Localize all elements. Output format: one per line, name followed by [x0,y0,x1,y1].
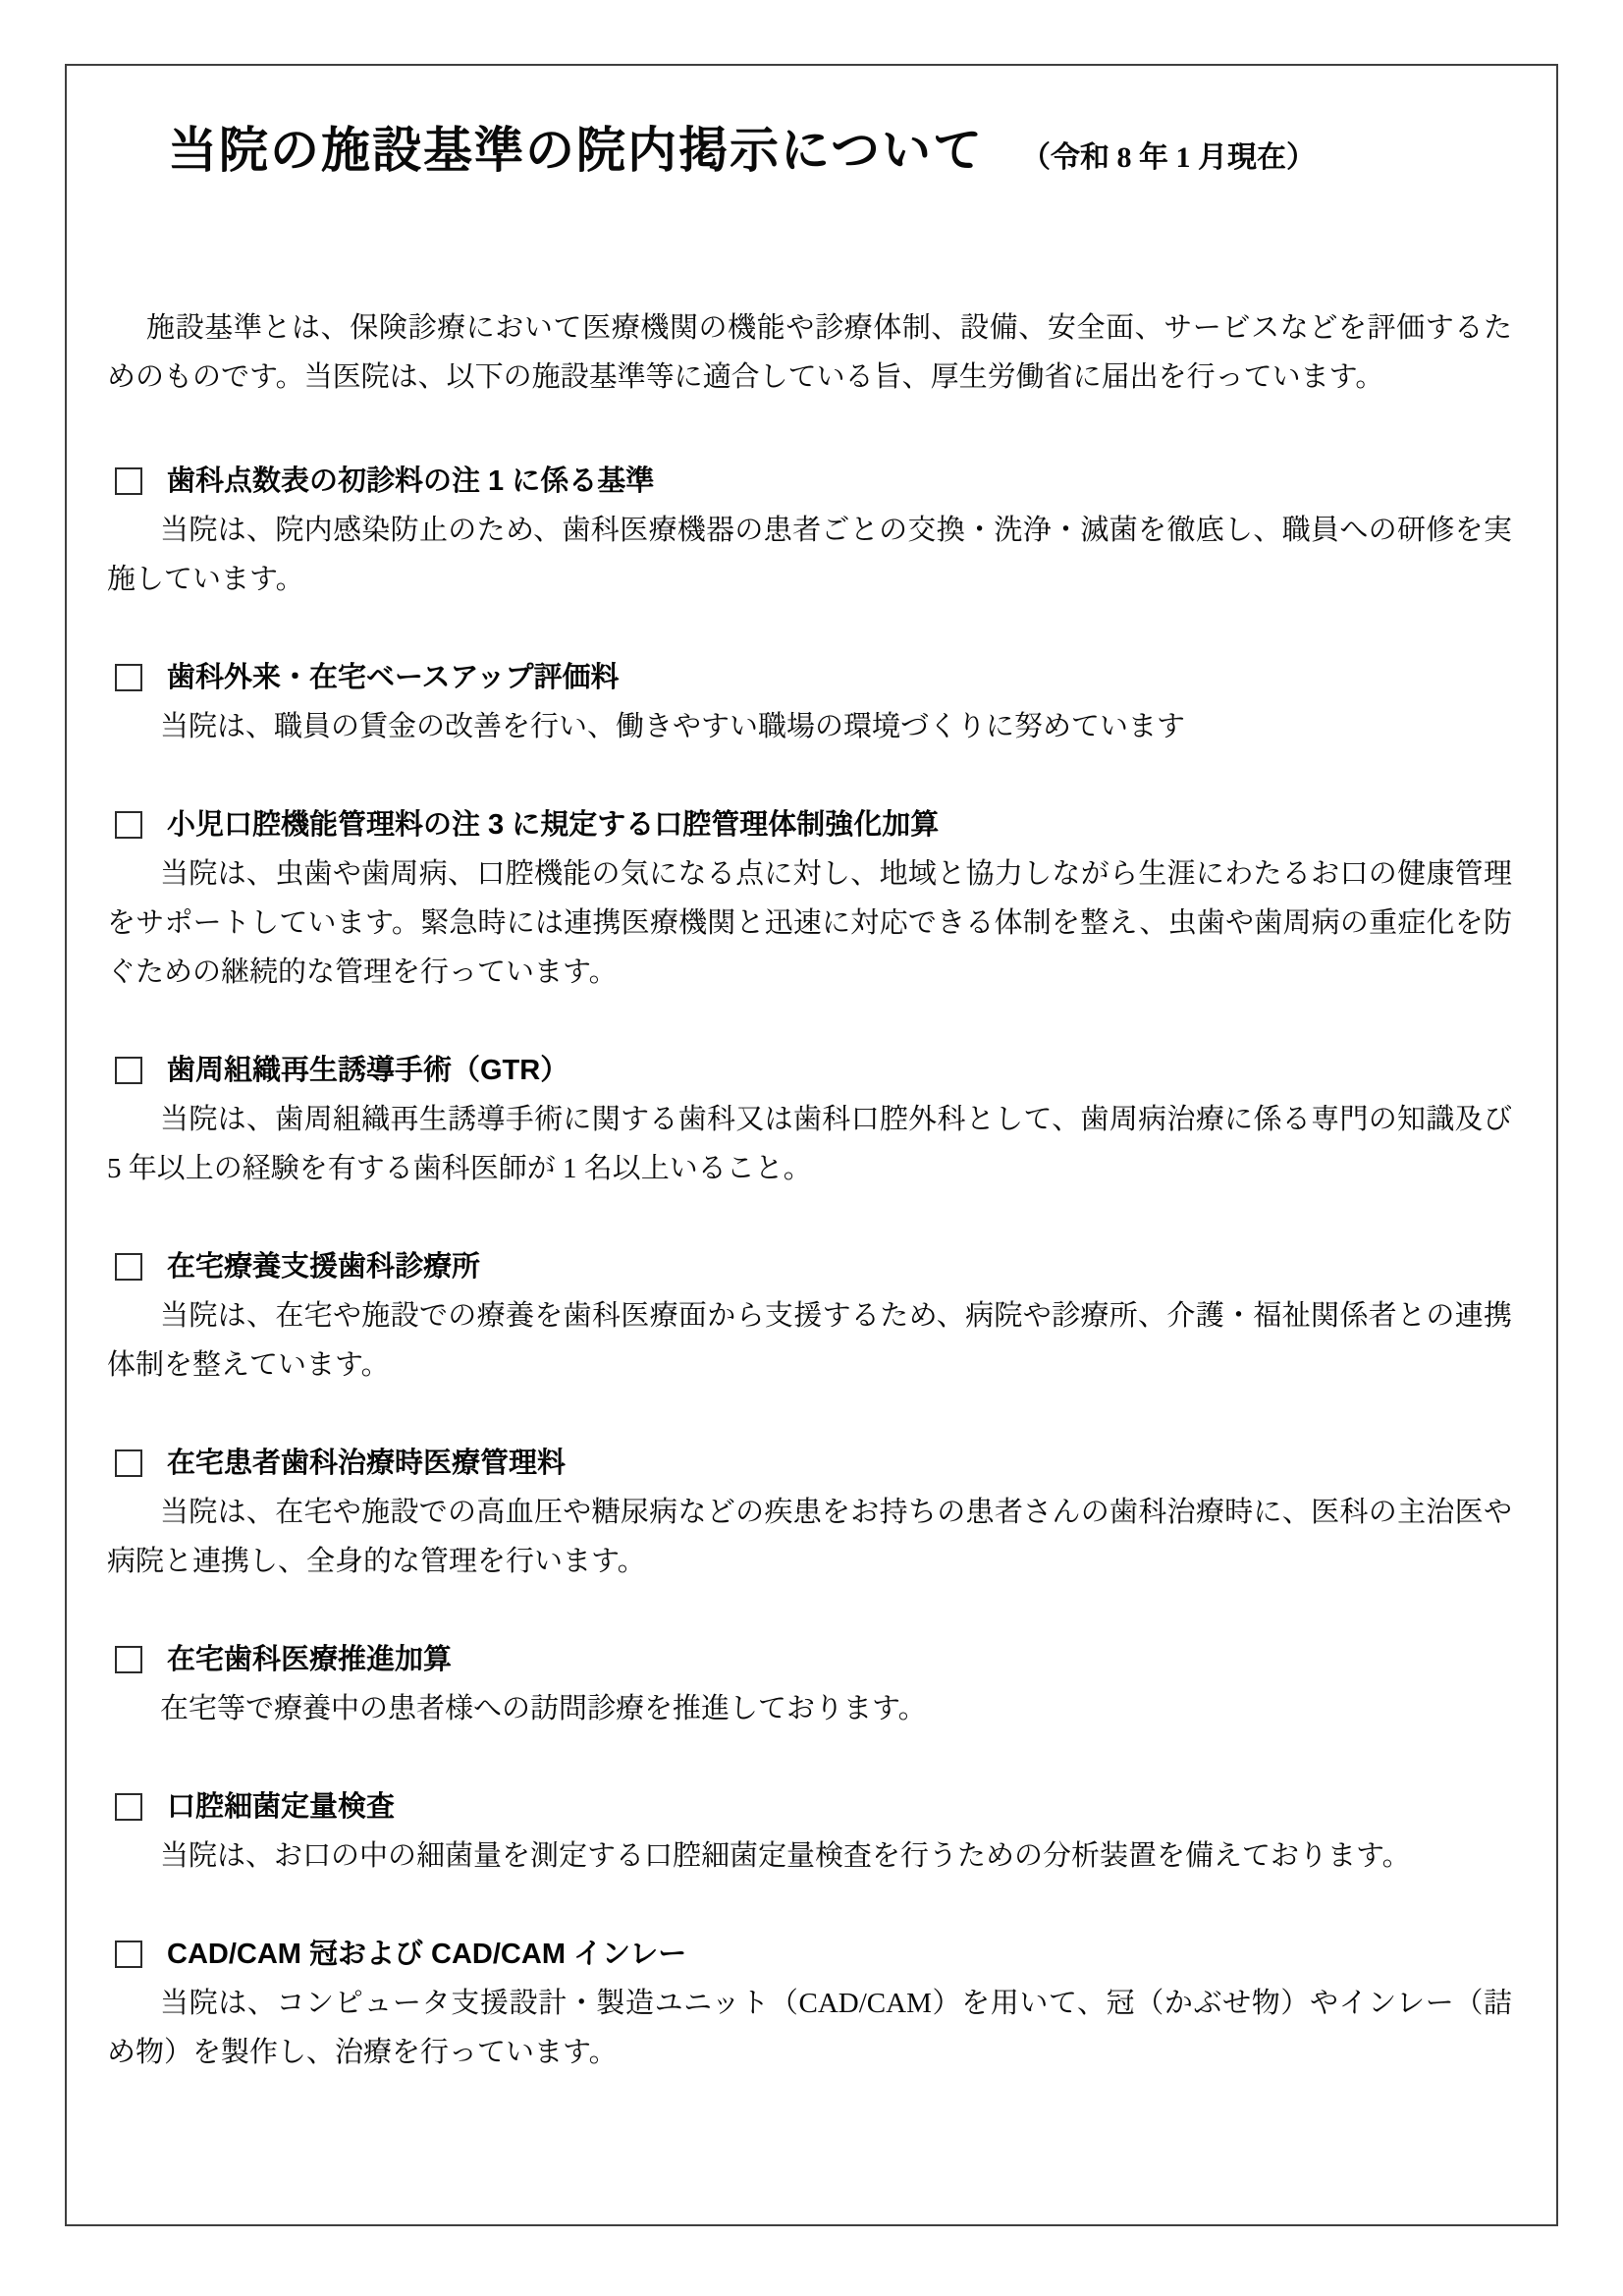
checkbox-icon [115,467,142,495]
section-heading-row: 歯周組織再生誘導手術（GTR） [107,1046,1512,1095]
section-heading: 小児口腔機能管理料の注 3 に規定する口腔管理体制強化加算 [167,800,939,849]
section-body: 在宅等で療養中の患者様への訪問診療を推進しております。 [107,1684,1512,1733]
checkbox-icon [115,1793,142,1821]
section-heading: 歯周組織再生誘導手術（GTR） [167,1046,568,1095]
document-page: 当院の施設基準の院内掲示について（令和 8 年 1 月現在） 施設基準とは、保険… [65,64,1558,2226]
section-heading-row: 在宅患者歯科治療時医療管理料 [107,1439,1512,1488]
section-heading-row: 小児口腔機能管理料の注 3 に規定する口腔管理体制強化加算 [107,800,1512,849]
facility-standards-list: 歯科点数表の初診料の注 1 に係る基準 当院は、院内感染防止のため、歯科医療機器… [107,457,1512,2077]
facility-standard-section: 口腔細菌定量検査 当院は、お口の中の細菌量を測定する口腔細菌定量検査を行うための… [107,1782,1512,1881]
section-heading: 在宅歯科医療推進加算 [167,1635,452,1684]
section-heading: CAD/CAM 冠および CAD/CAM インレー [167,1930,686,1979]
section-heading: 歯科点数表の初診料の注 1 に係る基準 [167,457,654,506]
facility-standard-section: 在宅歯科医療推進加算 在宅等で療養中の患者様への訪問診療を推進しております。 [107,1635,1512,1733]
page-title: 当院の施設基準の院内掲示について [168,123,984,178]
facility-standard-section: 歯科外来・在宅ベースアップ評価料 当院は、職員の賃金の改善を行い、働きやすい職場… [107,653,1512,751]
section-heading-row: 歯科外来・在宅ベースアップ評価料 [107,653,1512,702]
title-row: 当院の施設基準の院内掲示について（令和 8 年 1 月現在） [168,121,1512,180]
section-heading: 在宅療養支援歯科診療所 [167,1242,480,1291]
section-heading-row: 在宅歯科医療推進加算 [107,1635,1512,1684]
section-body: 当院は、在宅や施設での療養を歯科医療面から支援するため、病院や診療所、介護・福祉… [107,1291,1512,1390]
section-body: 当院は、職員の賃金の改善を行い、働きやすい職場の環境づくりに努めています [107,702,1512,751]
section-heading-row: CAD/CAM 冠および CAD/CAM インレー [107,1930,1512,1979]
checkbox-icon [115,1941,142,1968]
facility-standard-section: CAD/CAM 冠および CAD/CAM インレー 当院は、コンピュータ支援設計… [107,1930,1512,2077]
section-body: 当院は、コンピュータ支援設計・製造ユニット（CAD/CAM）を用いて、冠（かぶせ… [107,1979,1512,2077]
facility-standard-section: 歯科点数表の初診料の注 1 に係る基準 当院は、院内感染防止のため、歯科医療機器… [107,457,1512,604]
section-body: 当院は、歯周組織再生誘導手術に関する歯科又は歯科口腔外科として、歯周病治療に係る… [107,1095,1512,1193]
section-heading-row: 歯科点数表の初診料の注 1 に係る基準 [107,457,1512,506]
checkbox-icon [115,1449,142,1477]
checkbox-icon [115,1253,142,1281]
facility-standard-section: 在宅療養支援歯科診療所 当院は、在宅や施設での療養を歯科医療面から支援するため、… [107,1242,1512,1390]
section-heading-row: 口腔細菌定量検査 [107,1782,1512,1831]
checkbox-icon [115,664,142,691]
checkbox-icon [115,1057,142,1084]
section-body: 当院は、虫歯や歯周病、口腔機能の気になる点に対し、地域と協力しながら生涯にわたる… [107,849,1512,997]
section-body: 当院は、在宅や施設での高血圧や糖尿病などの疾患をお持ちの患者さんの歯科治療時に、… [107,1488,1512,1586]
section-heading-row: 在宅療養支援歯科診療所 [107,1242,1512,1291]
checkbox-icon [115,811,142,839]
section-body: 当院は、お口の中の細菌量を測定する口腔細菌定量検査を行うための分析装置を備えてお… [107,1831,1512,1881]
section-body: 当院は、院内感染防止のため、歯科医療機器の患者ごとの交換・洗浄・滅菌を徹底し、職… [107,506,1512,604]
facility-standard-section: 小児口腔機能管理料の注 3 に規定する口腔管理体制強化加算 当院は、虫歯や歯周病… [107,800,1512,997]
title-date-note: （令和 8 年 1 月現在） [1021,141,1316,174]
section-heading: 歯科外来・在宅ベースアップ評価料 [167,653,620,702]
facility-standard-section: 歯周組織再生誘導手術（GTR） 当院は、歯周組織再生誘導手術に関する歯科又は歯科… [107,1046,1512,1193]
checkbox-icon [115,1646,142,1673]
facility-standard-section: 在宅患者歯科治療時医療管理料 当院は、在宅や施設での高血圧や糖尿病などの疾患をお… [107,1439,1512,1586]
intro-paragraph: 施設基準とは、保険診療において医療機関の機能や診療体制、設備、安全面、サービスな… [107,303,1512,402]
section-heading: 口腔細菌定量検査 [167,1782,395,1831]
section-heading: 在宅患者歯科治療時医療管理料 [167,1439,566,1488]
